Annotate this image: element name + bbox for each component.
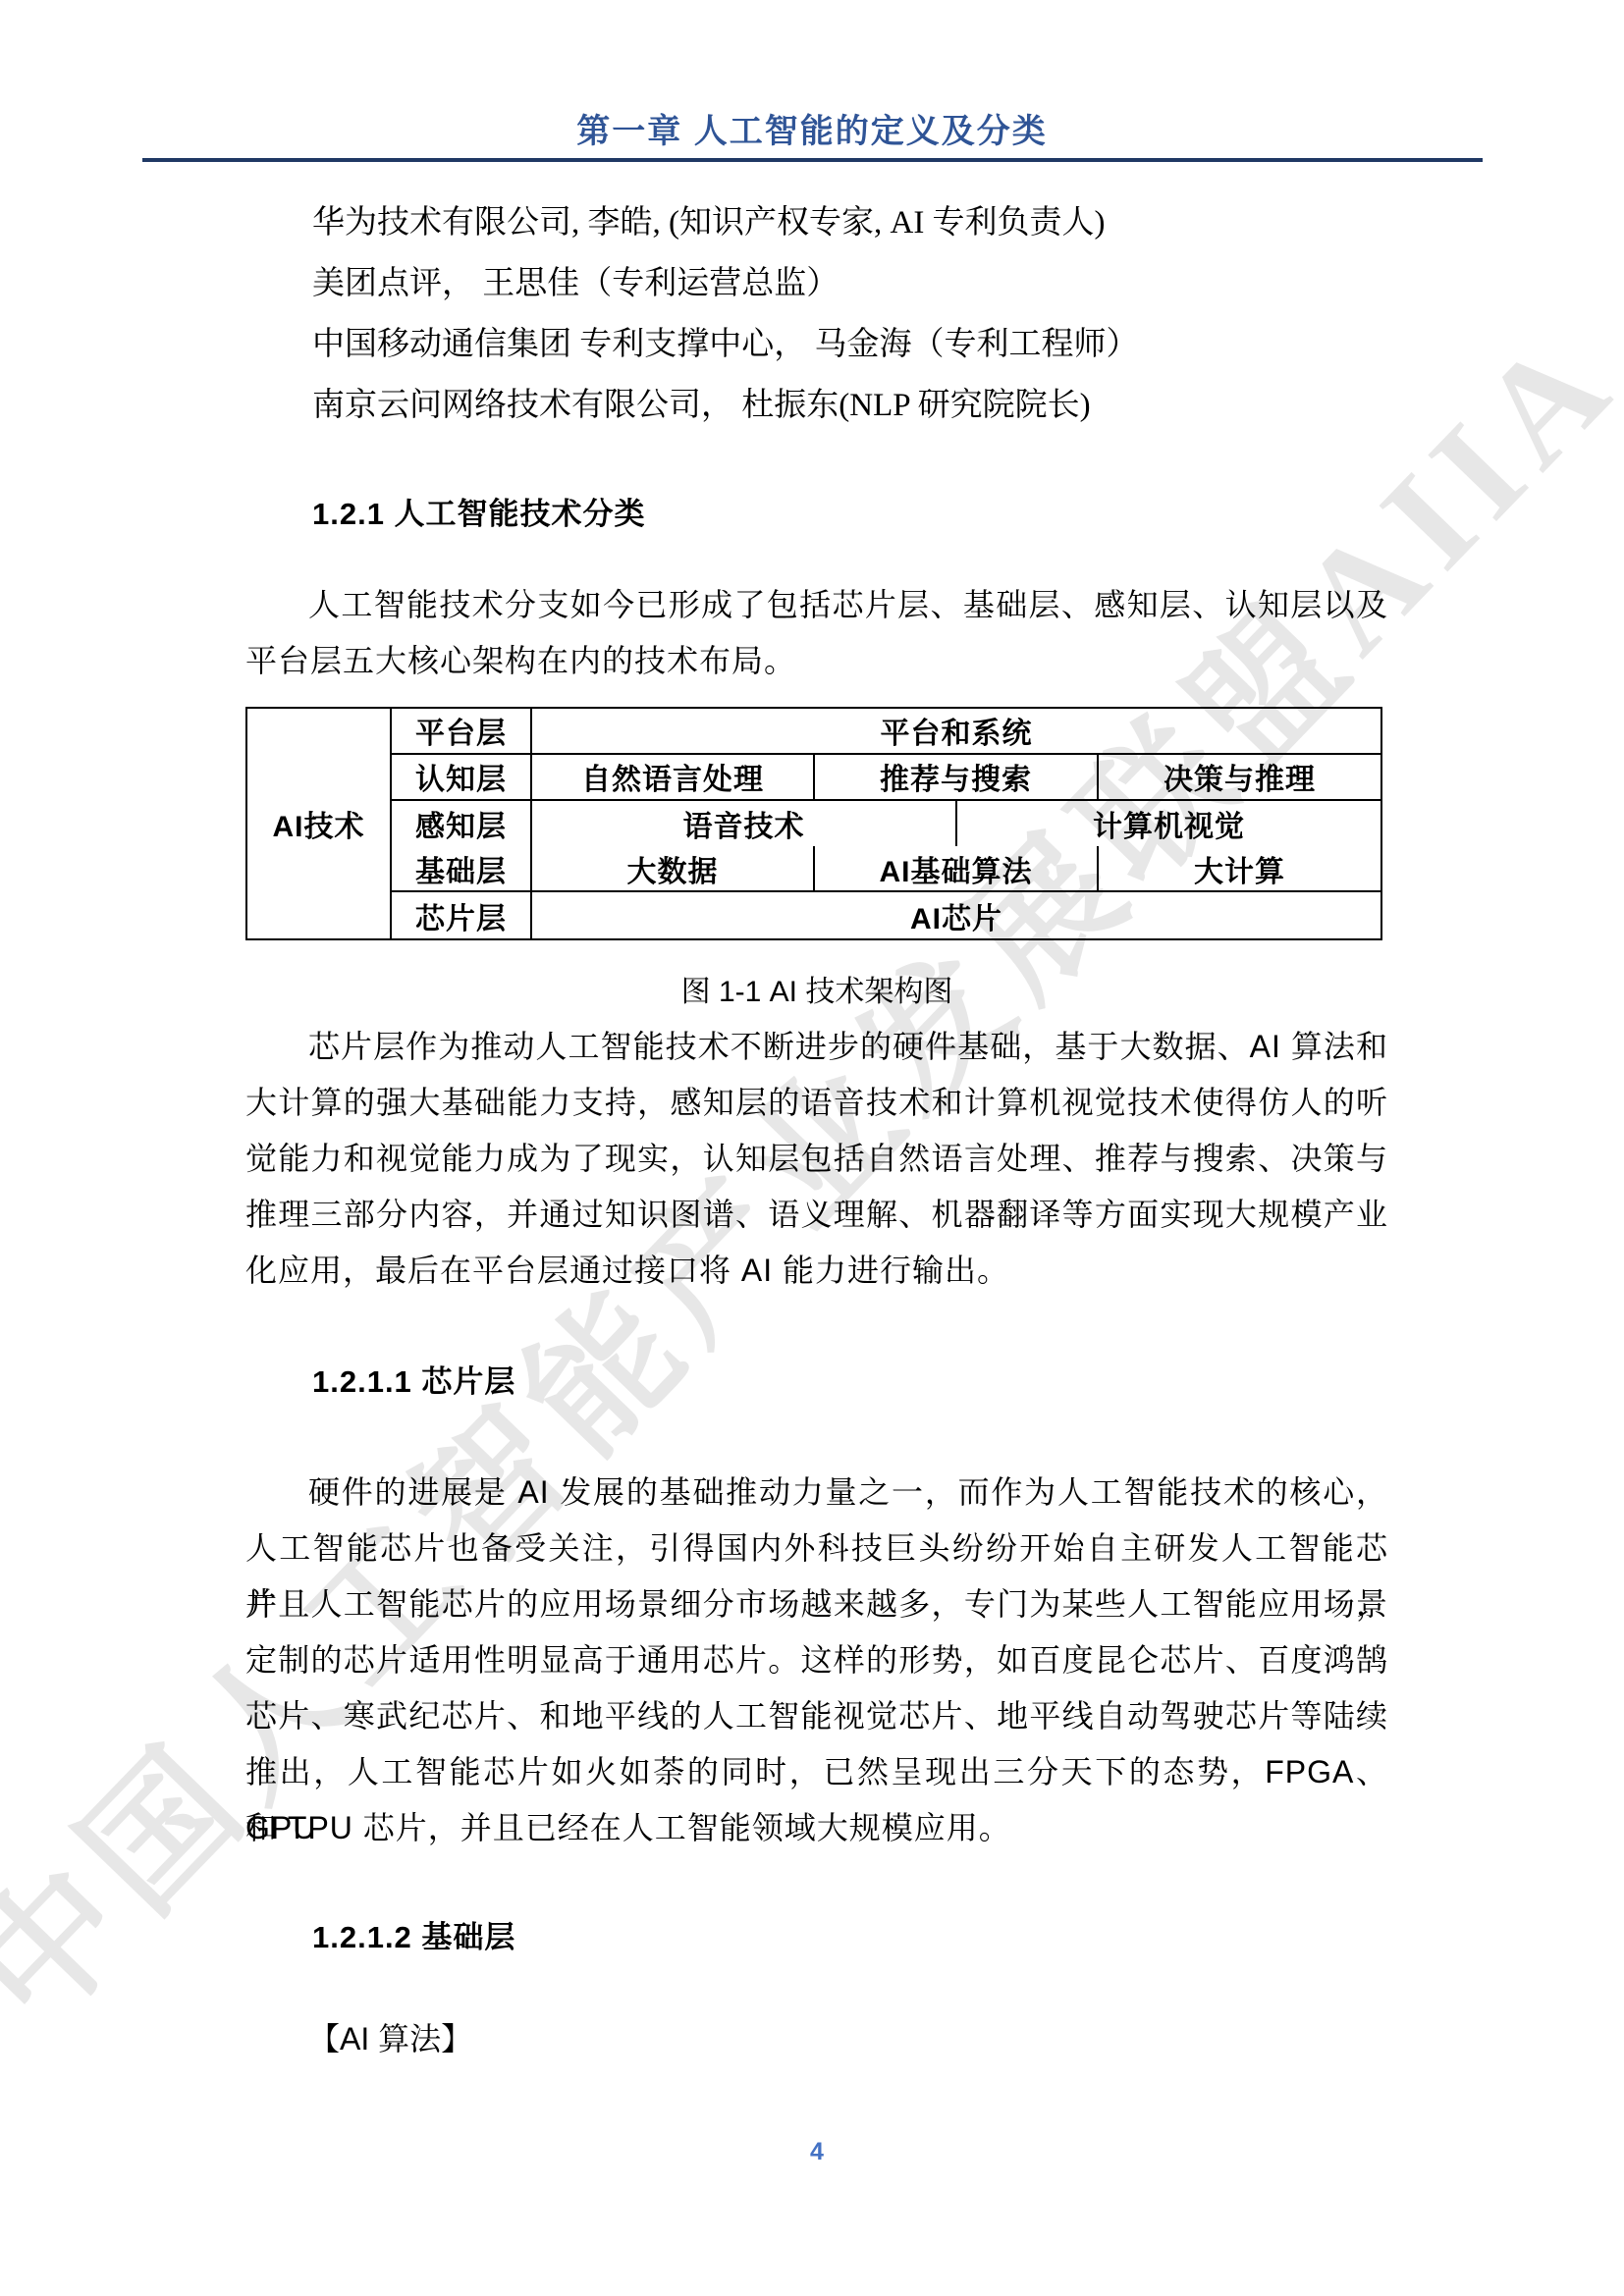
table-cell-layer: 平台层 xyxy=(392,709,532,755)
paragraph-line: 人工智能技术分支如今已形成了包括芯片层、基础层、感知层、认知层以及 xyxy=(245,577,1388,633)
table-cell-layer: 感知层 xyxy=(392,801,532,847)
heading-1-2-1-1: 1.2.1.1 芯片层 xyxy=(312,1357,515,1401)
heading-1-2-1: 1.2.1 人工智能技术分类 xyxy=(312,489,646,533)
document-page: 中国人工智能产业发展联盟AIIA 第一章 人工智能的定义及分类 华为技术有限公司… xyxy=(0,0,1624,2296)
table-cell-layer: 芯片层 xyxy=(392,892,532,938)
paragraph-line: 并且人工智能芯片的应用场景细分市场越来越多，专门为某些人工智能应用场景 xyxy=(245,1576,1388,1632)
paragraph-line: 平台层五大核心架构在内的技术布局。 xyxy=(245,633,1388,689)
attribution-line: 华为技术有限公司, 李皓, (知识产权专家, AI 专利负责人) xyxy=(312,192,1392,253)
table-cell: 大数据 xyxy=(532,846,815,892)
table-cell-layer: 认知层 xyxy=(392,755,532,801)
page-number: 4 xyxy=(245,2138,1388,2166)
paragraph-line: 大计算的强大基础能力支持，感知层的语音技术和计算机视觉技术使得仿人的听 xyxy=(245,1075,1388,1131)
paragraph-chip-layer: 硬件的进展是 AI 发展的基础推动力量之一，而作为人工智能技术的核心， 人工智能… xyxy=(245,1465,1388,1856)
table-cell-layer: 基础层 xyxy=(392,846,532,892)
paragraph-line: 和 TPU 芯片，并且已经在人工智能领域大规模应用。 xyxy=(245,1800,1388,1856)
page-content: 第一章 人工智能的定义及分类 华为技术有限公司, 李皓, (知识产权专家, AI… xyxy=(0,0,1624,2296)
paragraph-line: 定制的芯片适用性明显高于通用芯片。这样的形势，如百度昆仑芯片、百度鸿鹄 xyxy=(245,1632,1388,1688)
table-cell: 计算机视觉 xyxy=(957,801,1380,847)
table-cell: AI基础算法 xyxy=(815,846,1099,892)
attribution-line: 中国移动通信集团 专利支撑中心， 马金海（专利工程师） xyxy=(312,314,1392,375)
table-cell: 平台和系统 xyxy=(532,709,1380,755)
paragraph-line: 芯片层作为推动人工智能技术不断进步的硬件基础，基于大数据、AI 算法和 xyxy=(245,1019,1388,1075)
paragraph-line: 芯片、寒武纪芯片、和地平线的人工智能视觉芯片、地平线自动驾驶芯片等陆续 xyxy=(245,1688,1388,1744)
attribution-line: 南京云问网络技术有限公司， 杜振东(NLP 研究院院长) xyxy=(312,375,1392,436)
heading-1-2-1-2: 1.2.1.2 基础层 xyxy=(312,1912,515,1956)
table-cell: 推荐与搜索 xyxy=(815,755,1099,801)
paragraph-line: 觉能力和视觉能力成为了现实，认知层包括自然语言处理、推荐与搜索、决策与 xyxy=(245,1131,1388,1187)
paragraph-line: 硬件的进展是 AI 发展的基础推动力量之一，而作为人工智能技术的核心， xyxy=(245,1465,1388,1521)
table-cell: 自然语言处理 xyxy=(532,755,815,801)
figure-caption: 图 1-1 AI 技术架构图 xyxy=(245,967,1388,1010)
table-cell-corner: AI技术 xyxy=(247,709,392,938)
paragraph-line: 化应用，最后在平台层通过接口将 AI 能力进行输出。 xyxy=(245,1243,1388,1299)
paragraph-line: 人工智能芯片也备受关注，引得国内外科技巨头纷纷开始自主研发人工智能芯片， xyxy=(245,1521,1388,1576)
table-cell: 决策与推理 xyxy=(1099,755,1380,801)
paragraph-line: 推出，人工智能芯片如火如荼的同时，已然呈现出三分天下的态势，FPGA、GPU xyxy=(245,1744,1388,1800)
table-cell: 语音技术 xyxy=(532,801,957,847)
table-cell: 大计算 xyxy=(1099,846,1380,892)
table-cell: AI芯片 xyxy=(532,892,1380,938)
attribution-line: 美团点评， 王思佳（专利运营总监） xyxy=(312,253,1392,314)
chapter-header: 第一章 人工智能的定义及分类 xyxy=(0,104,1624,152)
ai-architecture-table: AI技术 平台层 平台和系统 认知层 自然语言处理 推荐与搜索 决策与推理 感知… xyxy=(245,707,1382,940)
paragraph-line: 推理三部分内容，并通过知识图谱、语义理解、机器翻译等方面实现大规模产业 xyxy=(245,1187,1388,1243)
attribution-block: 华为技术有限公司, 李皓, (知识产权专家, AI 专利负责人) 美团点评， 王… xyxy=(312,192,1392,436)
header-rule xyxy=(142,158,1483,162)
paragraph-intro: 人工智能技术分支如今已形成了包括芯片层、基础层、感知层、认知层以及 平台层五大核… xyxy=(245,577,1388,689)
paragraph-architecture: 芯片层作为推动人工智能技术不断进步的硬件基础，基于大数据、AI 算法和 大计算的… xyxy=(245,1019,1388,1299)
ai-algorithm-label: 【AI 算法】 xyxy=(245,2014,1388,2059)
